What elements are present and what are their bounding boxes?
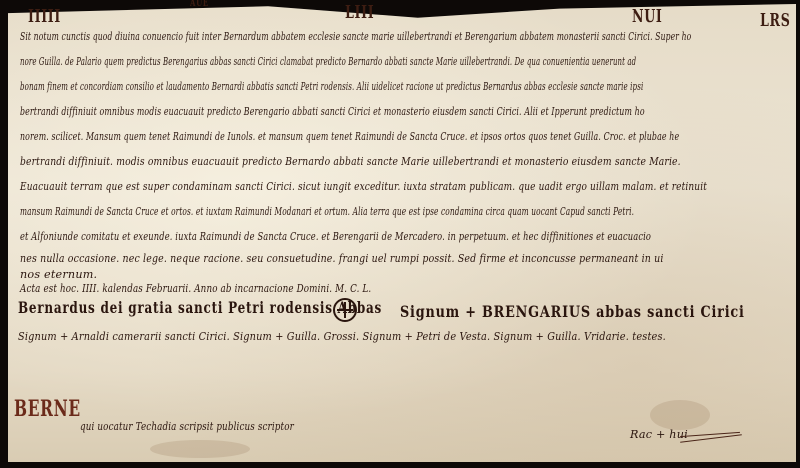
chirograph-fragment: IIIII [28, 6, 61, 27]
stain [150, 440, 250, 458]
chirograph-fragment: LRS [760, 10, 791, 31]
body-line: nos eternum. [20, 268, 97, 281]
witnesses-line: Signum + Arnaldi camerarii sancti Cirici… [18, 330, 666, 343]
notary-line: qui uocatur Techadia scripsit publicus s… [80, 420, 294, 433]
body-line: et Alfoniunde comitatu et exeunde. iuxta… [20, 230, 651, 243]
body-line: norem. scilicet. Mansum quem tenet Raimu… [20, 130, 679, 143]
stain [650, 400, 710, 430]
abbot-berengarius-subscription: Signum + BRENGARIUS abbas sancti Cirici [400, 302, 745, 321]
chirograph-fragment: AUE [190, 0, 209, 9]
notary-monogram: BERNE [14, 396, 81, 422]
body-line: mansum Raimundi de Sancta Cruce et ortos… [20, 205, 634, 218]
bottom-signature: Rac + hui [630, 428, 688, 441]
body-line: bertrandi diffiniuit. modis omnibus euac… [20, 155, 681, 168]
body-line: nore Guilla. de Palario quem predictus B… [20, 55, 636, 68]
dating-clause: Acta est hoc. IIII. kalendas Februarii. … [20, 282, 371, 295]
body-line: Sit notum cunctis quod diuina conuencio … [20, 30, 691, 43]
body-line: bonam finem et concordiam consilio et la… [20, 80, 643, 93]
body-line: bertrandi diffiniuit omnibus modis euacu… [20, 105, 645, 118]
body-line: nes nulla occasione. nec lege. neque rac… [20, 252, 664, 265]
body-line: Euacuauit terram que est super condamina… [20, 180, 707, 193]
cross-seal-icon [333, 298, 357, 322]
chirograph-fragment: LIII [345, 2, 374, 23]
chirograph-fragment: NUI [632, 6, 663, 27]
abbot-bernardus-subscription: Bernardus dei gratia sancti Petri rodens… [18, 298, 382, 317]
